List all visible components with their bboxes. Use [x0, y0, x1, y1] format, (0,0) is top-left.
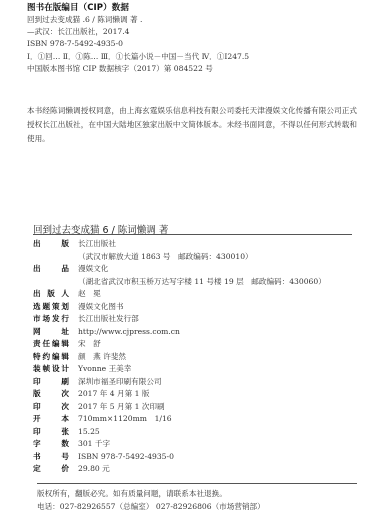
detail-label: 书号 [33, 451, 69, 464]
detail-value: 15.25 [78, 426, 100, 439]
detail-label-char: 编 [52, 351, 60, 364]
detail-row: 出版长江出版社 [33, 238, 326, 251]
detail-label-char: 字 [33, 438, 41, 451]
detail-label-char: 品 [61, 263, 69, 276]
detail-label: 装帧设计 [33, 363, 69, 376]
detail-label-char: 约 [42, 351, 50, 364]
detail-label-char: 辑 [61, 338, 69, 351]
detail-row: 装帧设计Yvonne 王美幸 [33, 363, 326, 376]
copyright-line: 版权所有，翻版必究。如有质量问题，请联系本社退换。 [37, 487, 265, 500]
detail-row: 出品漫娱文化 [33, 263, 326, 276]
detail-label-char: 定 [33, 463, 41, 476]
cip-data-block: 回到过去变成猫 .6 / 陈词懒调 著 . —武汉：长江出版社，2017.4 I… [27, 14, 249, 75]
detail-value: 漫娱文化图书 [78, 301, 124, 314]
detail-value: 深圳市福圣印刷有限公司 [78, 376, 162, 389]
detail-label-char: 版 [33, 388, 41, 401]
detail-value: 颜 燕 许斐然 [78, 351, 126, 364]
detail-label-char: 印 [33, 376, 41, 389]
detail-label: 字数 [33, 438, 69, 451]
cip-line: ISBN 978-7-5492-4935-0 [27, 38, 249, 50]
detail-label-char: 价 [61, 463, 69, 476]
detail-label-char: 出 [33, 238, 41, 251]
detail-label-char: 号 [61, 451, 69, 464]
cip-title: 图书在版编目（CIP）数据 [27, 1, 129, 13]
detail-label-char: 版 [61, 238, 69, 251]
detail-value: 2017 年 4 月第 1 版 [78, 388, 149, 401]
detail-value: 长江出版社发行部 [78, 313, 139, 326]
detail-label-char: 帧 [42, 363, 50, 376]
divider-top [33, 234, 352, 235]
divider-bottom [37, 483, 357, 484]
detail-label-char: 网 [33, 326, 41, 339]
detail-label [33, 276, 69, 289]
detail-value: 宋 舒 [78, 338, 101, 351]
detail-row: 特约编辑颜 燕 许斐然 [33, 351, 326, 364]
detail-value: http://www.cjpress.com.cn [78, 326, 180, 339]
detail-label-char: 印 [33, 401, 41, 414]
detail-row: 印次2017 年 5 月第 1 次印刷 [33, 401, 326, 414]
detail-row: 网址http://www.cjpress.com.cn [33, 326, 326, 339]
detail-label-char: 开 [33, 413, 41, 426]
detail-label-char: 责 [33, 338, 41, 351]
detail-label-char: 数 [61, 438, 69, 451]
detail-label: 特约编辑 [33, 351, 69, 364]
detail-label-char: 辑 [61, 351, 69, 364]
detail-label: 网址 [33, 326, 69, 339]
detail-label-char: 次 [61, 401, 69, 414]
detail-label-char: 题 [42, 301, 50, 314]
detail-label-char: 划 [61, 301, 69, 314]
detail-label-char: 场 [42, 313, 50, 326]
detail-label-char: 人 [61, 288, 69, 301]
detail-label: 出版 [33, 238, 69, 251]
detail-label-char: 编 [52, 338, 60, 351]
detail-value: Yvonne 王美幸 [78, 363, 131, 376]
detail-row: 责任编辑宋 舒 [33, 338, 326, 351]
detail-label-char: 发 [52, 313, 60, 326]
detail-label: 市场发行 [33, 313, 69, 326]
detail-row: 印张15.25 [33, 426, 326, 439]
detail-label: 选题策划 [33, 301, 69, 314]
detail-row: 印刷深圳市福圣印刷有限公司 [33, 376, 326, 389]
detail-label-char: 印 [33, 426, 41, 439]
detail-row: 出版人赵 冕 [33, 288, 326, 301]
detail-value: 长江出版社 [78, 238, 116, 251]
detail-label: 印张 [33, 426, 69, 439]
detail-row: （湖北省武汉市积玉桥万达写字楼 11 号楼 19 层 邮政编码：430060） [33, 276, 326, 289]
detail-label-char: 计 [61, 363, 69, 376]
detail-row: 市场发行长江出版社发行部 [33, 313, 326, 326]
detail-label: 责任编辑 [33, 338, 69, 351]
copyright-footer: 版权所有，翻版必究。如有质量问题，请联系本社退换。 电话：027-8292655… [37, 487, 265, 513]
cip-line: 回到过去变成猫 .6 / 陈词懒调 著 . [27, 14, 249, 26]
detail-label-char: 装 [33, 363, 41, 376]
detail-row: 定价29.80 元 [33, 463, 326, 476]
detail-value: （武汉市解放大道 1863 号 邮政编码：430010） [78, 251, 253, 264]
detail-label-char: 张 [61, 426, 69, 439]
detail-label-char: 版 [47, 288, 55, 301]
detail-value: 2017 年 5 月第 1 次印刷 [78, 401, 165, 414]
detail-label-char: 行 [61, 313, 69, 326]
detail-value: 29.80 元 [78, 463, 110, 476]
detail-row: 开本710mm×1120mm 1/16 [33, 413, 326, 426]
detail-label-char: 刷 [61, 376, 69, 389]
detail-label-char: 出 [33, 263, 41, 276]
detail-label: 出品 [33, 263, 69, 276]
detail-value: 赵 冕 [78, 288, 101, 301]
detail-row: 字数301 千字 [33, 438, 326, 451]
detail-label-char: 书 [33, 451, 41, 464]
detail-label-char: 特 [33, 351, 41, 364]
detail-label-char: 设 [52, 363, 60, 376]
detail-label-char: 任 [42, 338, 50, 351]
detail-row: 版次2017 年 4 月第 1 版 [33, 388, 326, 401]
detail-label: 开本 [33, 413, 69, 426]
detail-value: ISBN 978-7-5492-4935-0 [78, 451, 174, 464]
detail-label-char: 市 [33, 313, 41, 326]
detail-label: 版次 [33, 388, 69, 401]
authorization-notice: 本书经陈词懒调授权同意，由上海玄霆娱乐信息科技有限公司委托天津漫娱文化传播有限公… [27, 104, 357, 146]
cip-line: —武汉：长江出版社，2017.4 [27, 26, 249, 38]
detail-value: 漫娱文化 [78, 263, 108, 276]
detail-value: （湖北省武汉市积玉桥万达写字楼 11 号楼 19 层 邮政编码：430060） [78, 276, 326, 289]
detail-label: 出版人 [33, 288, 69, 301]
detail-value: 301 千字 [78, 438, 110, 451]
detail-label: 定价 [33, 463, 69, 476]
detail-label: 印刷 [33, 376, 69, 389]
detail-row: 书号ISBN 978-7-5492-4935-0 [33, 451, 326, 464]
detail-row: （武汉市解放大道 1863 号 邮政编码：430010） [33, 251, 326, 264]
detail-row: 选题策划漫娱文化图书 [33, 301, 326, 314]
contact-phone-line: 电话：027-82926557（总编室） 027-82926806（市场营销部） [37, 500, 265, 513]
detail-label-char: 址 [61, 326, 69, 339]
detail-label-char: 本 [61, 413, 69, 426]
cip-line: 中国版本图书馆 CIP 数据核字（2017）第 084522 号 [27, 63, 249, 75]
detail-label-char: 选 [33, 301, 41, 314]
cip-line: Ⅰ．①回… Ⅱ．①陈… Ⅲ．①长篇小说－中国－当代 Ⅳ．①I247.5 [27, 51, 249, 63]
detail-value: 710mm×1120mm 1/16 [78, 413, 172, 426]
detail-label [33, 251, 69, 264]
detail-label-char: 策 [52, 301, 60, 314]
detail-label-char: 次 [61, 388, 69, 401]
publication-details: 出版长江出版社（武汉市解放大道 1863 号 邮政编码：430010）出品漫娱文… [33, 238, 326, 476]
detail-label-char: 出 [33, 288, 41, 301]
detail-label: 印次 [33, 401, 69, 414]
